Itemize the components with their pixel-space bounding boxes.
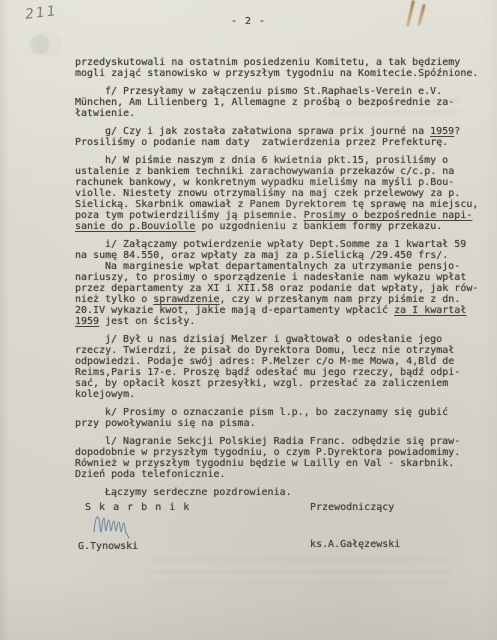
text-line: mogli zająć stanowisko w przyszłym tygod… — [75, 68, 489, 79]
text-line: Dzień poda telefonicznie. — [75, 469, 489, 480]
text-segment: odpowiedzi. Podaje swój adres: P.Melzer … — [75, 356, 454, 367]
underlined-text: 1959 — [430, 126, 454, 137]
handwritten-signature — [91, 510, 143, 540]
text-line: München, Am Lilienberg 1, Allemagne z pr… — [75, 97, 489, 108]
text-segment: j/ Był u nas dzisiaj Melzer i gwałtował … — [105, 334, 442, 345]
text-segment: nariuszy, to prosimy o sporządzenie i na… — [75, 272, 466, 283]
underlined-text: sanie do p.Bouviolle — [75, 221, 195, 232]
text-segment: na sumę 84.550, oraz wpłaty za maj za p.… — [75, 250, 448, 261]
text-line: przedyskutowali na ostatnim posiedzeniu … — [75, 57, 489, 68]
text-segment: Na marginesie wpłat departamentalnych za… — [105, 261, 460, 272]
document-body: przedyskutowali na ostatnim posiedzeniu … — [75, 57, 489, 505]
paragraph: Łączymy serdeczne pozdrowienia. — [75, 487, 489, 498]
paragraph: h/ W piśmie naszym z dnia 6 kwietnia pkt… — [75, 155, 489, 232]
text-segment: Łączymy serdeczne pozdrowienia. — [105, 487, 292, 498]
text-line: Sielicką. Skarbnik omawiał z Panem Dyrek… — [75, 199, 489, 210]
text-segment: po uzgodnieniu z bankiem formy przekazu. — [195, 221, 442, 232]
text-line: j/ Był u nas dzisiaj Melzer i gwałtował … — [75, 334, 489, 345]
text-line: k/ Prosimy o oznaczanie pism l.p., bo za… — [75, 407, 489, 418]
text-line: nież tylko o sprawdzenie, czy w przesłan… — [75, 294, 489, 305]
text-segment: violle. Niestety znowu otrzymaliśmy na m… — [75, 188, 460, 199]
text-line: na sumę 84.550, oraz wpłaty za maj za p.… — [75, 250, 489, 261]
signature-title-chairman: Przewodniczący — [310, 502, 394, 513]
text-segment: ? — [454, 126, 460, 137]
text-segment: i/ Załączamy potwierdzenie wpłaty Dept.S… — [105, 239, 466, 250]
text-line: rachunek bankowy, w konkretnym wypadku m… — [75, 177, 489, 188]
text-line: Prosiliśmy o podanie nam daty zatwierdze… — [75, 137, 489, 148]
text-segment: przedyskutowali na ostatnim posiedzeniu … — [75, 57, 460, 68]
text-segment: rachunek bankowy, w konkretnym wypadku m… — [75, 177, 454, 188]
text-segment: München, Am Lilienberg 1, Allemagne z pr… — [75, 97, 454, 108]
text-segment: f/ Przesyłamy w załączeniu pismo St.Raph… — [105, 86, 442, 97]
text-segment: jest on ścisły. — [99, 316, 195, 327]
text-segment: Sielicką. Skarbnik omawiał z Panem Dyrek… — [75, 199, 478, 210]
text-line: Również w przyszłym tygodniu będzie w La… — [75, 458, 489, 469]
paragraph: l/ Nagranie Sekcji Polskiej Radia Franc.… — [75, 436, 489, 480]
text-line: rzeczy. Twierdzi, że pisał do Dyrektora … — [75, 345, 489, 356]
bleed-through-stamp — [36, 32, 60, 56]
page-number: - 2 - — [0, 16, 497, 27]
text-segment: , czy w przesłanym nam przy piśmie z dn. — [220, 294, 461, 305]
text-line: poza tym potwierdziliśmy ją pisemnie. Pr… — [75, 210, 489, 221]
text-line: 1959 jest on ścisły. — [75, 316, 489, 327]
text-line: violle. Niestety znowu otrzymaliśmy na m… — [75, 188, 489, 199]
underlined-text: za I kwartał — [394, 305, 466, 316]
paragraph: przedyskutowali na ostatnim posiedzeniu … — [75, 57, 489, 79]
text-line: przez departamenty za XI i XII.58 oraz p… — [75, 283, 489, 294]
text-line: sać, by opłacił koszt przesyłki, wzgl. p… — [75, 378, 489, 389]
text-line: i/ Załączamy potwierdzenie wpłaty Dept.S… — [75, 239, 489, 250]
bleed-through-text — [150, 552, 450, 594]
underlined-text: 1959 — [75, 316, 99, 327]
text-line: Na marginesie wpłat departamentalnych za… — [75, 261, 489, 272]
text-segment: sać, by opłacił koszt przesyłki, wzgl. p… — [75, 378, 448, 389]
text-line: dopodobnie w przyszłym tygodniu, o czym … — [75, 447, 489, 458]
paragraph: f/ Przesyłamy w załączeniu pismo St.Raph… — [75, 86, 489, 119]
scanned-letter-page: 211 - 2 - przedyskutowali na ostatnim po… — [0, 0, 497, 640]
text-line: przy powoływaniu się na pisma. — [75, 418, 489, 429]
text-segment: nież tylko o — [75, 294, 153, 305]
text-line: l/ Nagranie Sekcji Polskiej Radia Franc.… — [75, 436, 489, 447]
text-line: Reims,Paris 17-e. Proszę bądź odesłać mu… — [75, 367, 489, 378]
text-segment: przez departamenty za XI i XII.58 oraz p… — [75, 283, 478, 294]
text-segment: kolejowym. — [75, 389, 135, 400]
text-segment: h/ W piśmie naszym z dnia 6 kwietnia pkt… — [105, 155, 448, 166]
text-segment: l/ Nagranie Sekcji Polskiej Radia Franc.… — [105, 436, 460, 447]
signature-name-chairman: ks.A.Gałęzewski — [310, 539, 400, 550]
text-segment: Reims,Paris 17-e. Proszę bądź odesłać mu… — [75, 367, 460, 378]
text-segment: Prosiliśmy o podanie nam daty zatwierdze… — [75, 137, 448, 148]
text-segment: ustalenie z bankiem techniki zarachowywa… — [75, 166, 454, 177]
text-segment: 20.IV wykazie kwot, jakie mają d-epartam… — [75, 305, 394, 316]
underlined-text: Prosimy o bezpośrednie napi- — [304, 210, 473, 221]
text-line: g/ Czy i jak została załatwiona sprawa p… — [75, 126, 489, 137]
paragraph: g/ Czy i jak została załatwiona sprawa p… — [75, 126, 489, 148]
text-segment: Również w przyszłym tygodniu będzie w La… — [75, 458, 454, 469]
text-line: f/ Przesyłamy w załączeniu pismo St.Raph… — [75, 86, 489, 97]
text-line: odpowiedzi. Podaje swój adres: P.Melzer … — [75, 356, 489, 367]
text-line: Łączymy serdeczne pozdrowienia. — [75, 487, 489, 498]
text-segment: g/ Czy i jak została załatwiona sprawa p… — [105, 126, 430, 137]
text-line: h/ W piśmie naszym z dnia 6 kwietnia pkt… — [75, 155, 489, 166]
text-line: sanie do p.Bouviolle po uzgodnieniu z ba… — [75, 221, 489, 232]
paragraph: k/ Prosimy o oznaczanie pism l.p., bo za… — [75, 407, 489, 429]
text-segment: przy powoływaniu się na pisma. — [75, 418, 256, 429]
paragraph: i/ Załączamy potwierdzenie wpłaty Dept.S… — [75, 239, 489, 327]
text-segment: rzeczy. Twierdzi, że pisał do Dyrektora … — [75, 345, 454, 356]
text-segment: poza tym potwierdziliśmy ją pisemnie. — [75, 210, 304, 221]
underlined-text: sprawdzenie — [153, 294, 219, 305]
text-line: 20.IV wykazie kwot, jakie mają d-epartam… — [75, 305, 489, 316]
text-line: kolejowym. — [75, 389, 489, 400]
text-line: ustalenie z bankiem techniki zarachowywa… — [75, 166, 489, 177]
text-segment: łatwienie. — [75, 108, 135, 119]
signature-name-treasurer: G.Tynowski — [78, 541, 138, 552]
text-segment: mogli zająć stanowisko w przyszłym tygod… — [75, 68, 478, 79]
text-segment: dopodobnie w przyszłym tygodniu, o czym … — [75, 447, 460, 458]
text-line: łatwienie. — [75, 108, 489, 119]
text-segment: Dzień poda telefonicznie. — [75, 469, 226, 480]
text-line: nariuszy, to prosimy o sporządzenie i na… — [75, 272, 489, 283]
paragraph: j/ Był u nas dzisiaj Melzer i gwałtował … — [75, 334, 489, 400]
text-segment: k/ Prosimy o oznaczanie pism l.p., bo za… — [105, 407, 448, 418]
